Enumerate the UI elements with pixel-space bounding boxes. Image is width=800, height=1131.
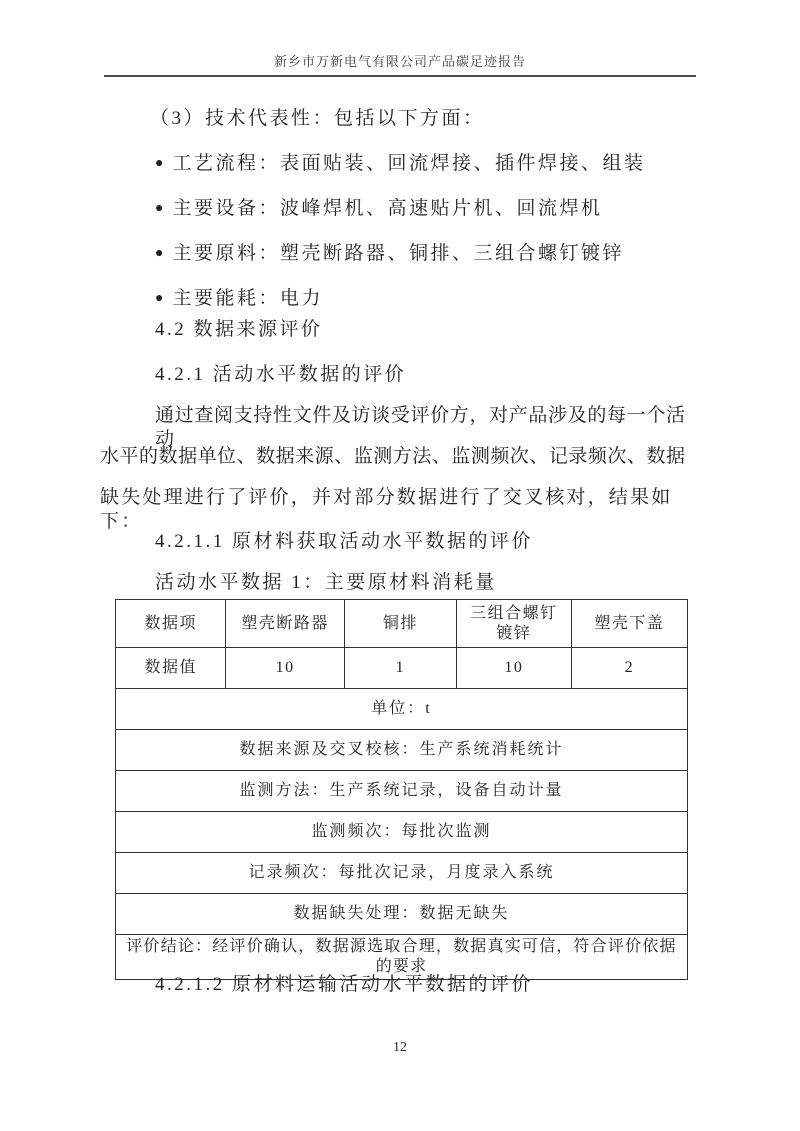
- table-row: 记录频次：每批次记录，月度录入系统: [116, 853, 688, 894]
- heading-4-2-1-2: 4.2.1.2 原材料运输活动水平数据的评价: [155, 973, 533, 996]
- table-cell-record-frequency: 记录频次：每批次记录，月度录入系统: [116, 853, 688, 894]
- table-row: 数据缺失处理：数据无缺失: [116, 894, 688, 935]
- bullet-text: 主要原料：塑壳断路器、铜排、三组合螺钉镀锌: [172, 243, 624, 264]
- table-row: 监测方法：生产系统记录，设备自动计量: [116, 771, 688, 812]
- table-cell-monitoring-frequency: 监测频次：每批次监测: [116, 812, 688, 853]
- table-header-cell: 铜排: [344, 600, 456, 648]
- table-cell: 1: [344, 648, 456, 689]
- bullet-item-energy: ●主要能耗：电力: [155, 287, 323, 310]
- table-cell: 10: [456, 648, 571, 689]
- header-divider: [104, 75, 696, 77]
- bullet-text: 工艺流程：表面贴装、回流焊接、插件焊接、组装: [172, 153, 645, 174]
- bullet-item-equipment: ●主要设备：波峰焊机、高速贴片机、回流焊机: [155, 197, 602, 220]
- table-row: 单位：t: [116, 689, 688, 730]
- paragraph-technical-representativeness: （3）技术代表性：包括以下方面：: [150, 107, 485, 130]
- paragraph-line: 缺失处理进行了评价，并对部分数据进行了交叉核对，结果如下：: [100, 486, 685, 534]
- bullet-icon: ●: [155, 201, 163, 216]
- document-page: 新乡市万新电气有限公司产品碳足迹报告 （3）技术代表性：包括以下方面： ●工艺流…: [0, 0, 800, 1131]
- bullet-item-materials: ●主要原料：塑壳断路器、铜排、三组合螺钉镀锌: [155, 242, 624, 265]
- page-number: 12: [0, 1040, 800, 1056]
- table-cell: 数据值: [116, 648, 226, 689]
- table-row: 监测频次：每批次监测: [116, 812, 688, 853]
- table-cell-unit: 单位：t: [116, 689, 688, 730]
- table-cell: 2: [571, 648, 687, 689]
- activity-data-table: 数据项 塑壳断路器 铜排 三组合螺钉镀锌 塑壳下盖 数据值 10 1 10 2 …: [115, 599, 688, 980]
- bullet-icon: ●: [155, 291, 163, 306]
- table-caption: 活动水平数据 1：主要原材料消耗量: [155, 571, 497, 594]
- heading-4-2: 4.2 数据来源评价: [155, 318, 323, 341]
- paragraph-line: 水平的数据单位、数据来源、监测方法、监测频次、记录频次、数据: [100, 445, 685, 469]
- bullet-item-process: ●工艺流程：表面贴装、回流焊接、插件焊接、组装: [155, 152, 645, 175]
- table-cell-missing-data: 数据缺失处理：数据无缺失: [116, 894, 688, 935]
- table-header-cell: 数据项: [116, 600, 226, 648]
- heading-4-2-1-1: 4.2.1.1 原材料获取活动水平数据的评价: [155, 530, 533, 553]
- bullet-text: 主要能耗：电力: [172, 288, 323, 309]
- table-cell-monitoring-method: 监测方法：生产系统记录，设备自动计量: [116, 771, 688, 812]
- table-row: 数据来源及交叉校核：生产系统消耗统计: [116, 730, 688, 771]
- table-cell-data-source: 数据来源及交叉校核：生产系统消耗统计: [116, 730, 688, 771]
- bullet-icon: ●: [155, 156, 163, 171]
- table-row: 数据值 10 1 10 2: [116, 648, 688, 689]
- bullet-icon: ●: [155, 246, 163, 261]
- table-header-cell: 塑壳下盖: [571, 600, 687, 648]
- table-header-cell: 三组合螺钉镀锌: [456, 600, 571, 648]
- table-header-cell: 塑壳断路器: [226, 600, 344, 648]
- running-header-title: 新乡市万新电气有限公司产品碳足迹报告: [0, 51, 800, 70]
- heading-4-2-1: 4.2.1 活动水平数据的评价: [155, 363, 406, 386]
- table-row: 数据项 塑壳断路器 铜排 三组合螺钉镀锌 塑壳下盖: [116, 600, 688, 648]
- table-cell: 10: [226, 648, 344, 689]
- bullet-text: 主要设备：波峰焊机、高速贴片机、回流焊机: [172, 198, 602, 219]
